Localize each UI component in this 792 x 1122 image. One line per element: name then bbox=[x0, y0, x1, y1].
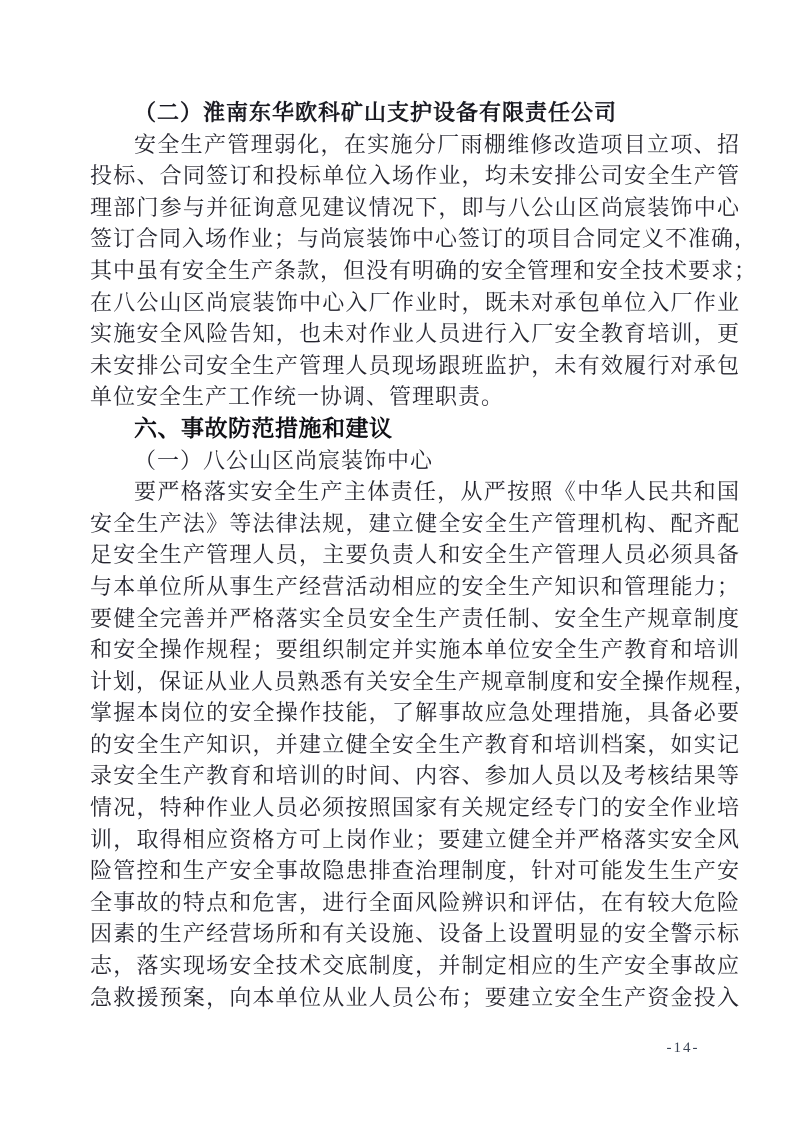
subsection-1-heading: （一）八公山区尚宸装饰中心 bbox=[90, 445, 740, 477]
text-line: 险管控和生产安全事故隐患排查治理制度，针对可能发生生产安 bbox=[90, 855, 740, 887]
document-page: （二）淮南东华欧科矿山支护设备有限责任公司安全生产管理弱化，在实施分厂雨棚维修改… bbox=[0, 0, 792, 1122]
text-line: 要严格落实安全生产主体责任，从严按照《中华人民共和国 bbox=[90, 476, 740, 508]
text-line: 签订合同入场作业；与尚宸装饰中心签订的项目合同定义不准确， bbox=[90, 223, 740, 255]
text-line: 足安全生产管理人员，主要负责人和安全生产管理人员必须具备 bbox=[90, 539, 740, 571]
text-line: 因素的生产经营场所和有关设施、设备上设置明显的安全警示标 bbox=[90, 918, 740, 950]
text-line: 安全生产法》等法律法规，建立健全安全生产管理机构、配齐配 bbox=[90, 508, 740, 540]
text-line: 掌握本岗位的安全操作技能，了解事故应急处理措施，具备必要 bbox=[90, 697, 740, 729]
section-2-heading: （二）淮南东华欧科矿山支护设备有限责任公司 bbox=[90, 97, 740, 129]
document-text: （二）淮南东华欧科矿山支护设备有限责任公司安全生产管理弱化，在实施分厂雨棚维修改… bbox=[90, 97, 740, 1013]
text-line: 计划，保证从业人员熟悉有关安全生产规章制度和安全操作规程， bbox=[90, 666, 740, 698]
text-line: 实施安全风险告知，也未对作业人员进行入厂安全教育培训，更 bbox=[90, 318, 740, 350]
text-line: 训，取得相应资格方可上岗作业；要建立健全并严格落实安全风 bbox=[90, 824, 740, 856]
text-line: 全事故的特点和危害，进行全面风险辨识和评估，在有较大危险 bbox=[90, 887, 740, 919]
text-line: 和安全操作规程；要组织制定并实施本单位安全生产教育和培训 bbox=[90, 634, 740, 666]
text-line: 情况，特种作业人员必须按照国家有关规定经专门的安全作业培 bbox=[90, 792, 740, 824]
text-line: 未安排公司安全生产管理人员现场跟班监护，未有效履行对承包 bbox=[90, 350, 740, 382]
text-line: 急救援预案，向本单位从业人员公布；要建立安全生产资金投入 bbox=[90, 982, 740, 1014]
text-line: 的安全生产知识，并建立健全安全生产教育和培训档案，如实记 bbox=[90, 729, 740, 761]
text-line: 其中虽有安全生产条款，但没有明确的安全管理和安全技术要求； bbox=[90, 255, 740, 287]
text-line: 理部门参与并征询意见建议情况下，即与八公山区尚宸装饰中心 bbox=[90, 192, 740, 224]
text-line: 单位安全生产工作统一协调、管理职责。 bbox=[90, 381, 740, 413]
text-line: 投标、合同签订和投标单位入场作业，均未安排公司安全生产管 bbox=[90, 160, 740, 192]
text-line: 与本单位所从事生产经营活动相应的安全生产知识和管理能力； bbox=[90, 571, 740, 603]
text-line: 要健全完善并严格落实全员安全生产责任制、安全生产规章制度 bbox=[90, 603, 740, 635]
text-line: 录安全生产教育和培训的时间、内容、参加人员以及考核结果等 bbox=[90, 760, 740, 792]
text-line: 志，落实现场安全技术交底制度，并制定相应的生产安全事故应 bbox=[90, 950, 740, 982]
text-line: 在八公山区尚宸装饰中心入厂作业时，既未对承包单位入厂作业 bbox=[90, 287, 740, 319]
text-line: 安全生产管理弱化，在实施分厂雨棚维修改造项目立项、招 bbox=[90, 129, 740, 161]
page-number: -14- bbox=[648, 1040, 718, 1057]
section-6-heading: 六、事故防范措施和建议 bbox=[90, 413, 740, 445]
